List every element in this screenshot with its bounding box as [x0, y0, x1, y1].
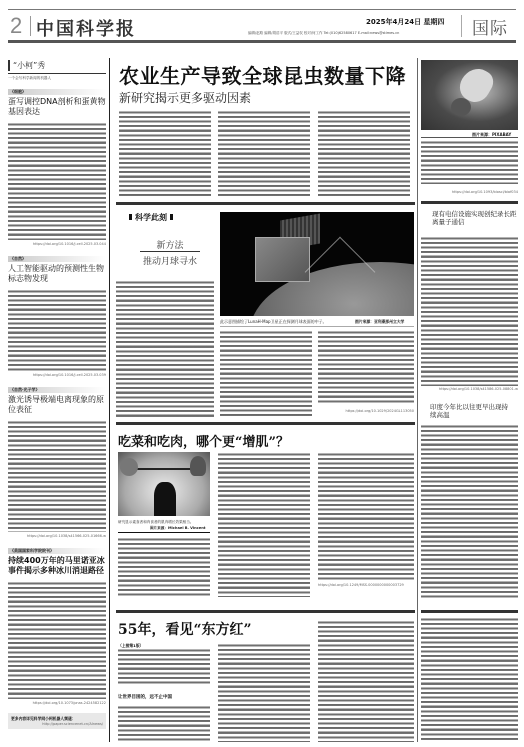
feature-title-line1: 新方法: [140, 238, 200, 251]
header-top-rule: [8, 9, 516, 10]
section-rule: [116, 422, 415, 425]
column-header: “小柯”秀: [8, 60, 106, 71]
muscle-body-col3: [318, 452, 414, 580]
brief-tag: 《自然》: [8, 256, 106, 262]
page-number: 2: [10, 15, 22, 37]
brief-body: [8, 420, 106, 532]
lead-body-col4: [421, 140, 518, 184]
header-bottom-rule: [8, 40, 516, 43]
muscle-image-caption: 研究显示素食者和肉食者的肌肉增长效果相当。: [118, 520, 210, 525]
lead-body-col3: [318, 110, 410, 196]
muscle-headline: 吃菜和吃肉，哪个更“增肌”？: [118, 431, 289, 450]
feature-body-col3: [318, 330, 414, 404]
brief-link[interactable]: https://doi.org/10.1073/pnas.2424582122: [8, 701, 106, 705]
lead-body-col2: [218, 110, 310, 196]
feature-title-rule: [140, 251, 200, 252]
muscle-link[interactable]: https://doi.org/10.1249/MSS.000000000000…: [318, 583, 414, 587]
brief-item: 《自然·光子学》 激光诱导极端电离现象的原位表征 https://doi.org…: [8, 387, 106, 538]
feature-title-line2: 推动月球寻水: [133, 254, 207, 267]
dfh-headline: 55年，看见“东方红”: [118, 619, 252, 639]
section-label: 国际: [472, 14, 508, 39]
feature-image-caption: 此示意图描绘了LunaH-Map卫星正在探测月球表面的中子。: [220, 319, 350, 325]
muscle-body-col1: [118, 537, 210, 597]
bracket-right-icon: [170, 214, 173, 220]
caption-rule: [118, 532, 210, 533]
sidebar-story-1-body: [421, 236, 518, 386]
weightlifter-image: [118, 452, 210, 516]
section-divider: [461, 15, 462, 37]
brief-title: 激光诱导极端电离现象的原位表征: [8, 395, 106, 414]
brief-link[interactable]: https://doi.org/10.1038/s41566-025-01666…: [8, 534, 106, 538]
brief-item: 《自然》 人工智能驱动的预测性生物标志物发现 https://doi.org/1…: [8, 256, 106, 377]
bracket-left-icon: [129, 214, 132, 220]
feature-photo-credit: 图片来源：亚利桑那州立大学: [355, 319, 404, 325]
satellite-body: [255, 237, 310, 282]
caption-rule: [220, 326, 414, 327]
sidebar-story-2-title: 印度今年比以往更早出现持续高温: [430, 403, 510, 419]
feature-body-col1: [116, 280, 214, 418]
butterfly-photo: [421, 60, 518, 130]
feature-link[interactable]: https://doi.org/10.1029/2024GL113050: [318, 409, 414, 413]
brief-tag: 《自然·光子学》: [8, 387, 106, 393]
brief-tag: 《细胞》: [8, 89, 106, 95]
sidebar-story-1-title: 现有电信设施实现创纪录长距离量子通信: [432, 210, 518, 226]
masthead: 中国科学报: [36, 15, 136, 41]
feature-body-col2: [220, 330, 312, 418]
brief-body: [8, 289, 106, 371]
muscle-body-col2: [218, 452, 310, 597]
section-rule: [116, 202, 415, 205]
brief-link[interactable]: https://doi.org/10.1016/j.cell.2025.03.0…: [8, 242, 106, 246]
dfh-body-col2: [218, 643, 310, 742]
section-rule: [116, 610, 415, 613]
xiaoke-column: “小柯”秀 一个会写科学新闻的机器人 《细胞》 蛋写调控DNA剖析和蛋黄物基因表…: [8, 60, 106, 729]
photo-rule: [421, 137, 518, 138]
editor-credits: 编辑/赵路 编辑/胡浩平 版式/王益权 校对/何工作 Tel:(010)6258…: [248, 31, 399, 36]
lead-headline: 农业生产导致全球昆虫数量下降: [119, 60, 406, 89]
brief-body: [8, 581, 106, 699]
footer-link[interactable]: http://paper.sciencenet.cn/AInews/: [11, 722, 103, 726]
lead-link[interactable]: https://doi.org/10.1093/biosci/biaf034: [421, 190, 518, 194]
sidebar-story-1-link[interactable]: https://doi.org/10.1038/s41586-025-08801…: [421, 387, 518, 391]
dfh-body-col1a: [118, 648, 210, 686]
brief-tag: 《美国国家科学院院刊》: [8, 548, 106, 554]
issue-date: 2025年4月24日 星期四: [366, 17, 445, 27]
brief-body: [8, 122, 106, 240]
brief-title: 持续400万年的马里诺亚冰事件揭示多种冰川消退路径: [8, 556, 106, 575]
brief-link[interactable]: https://doi.org/10.1016/j.cell.2025.03.0…: [8, 373, 106, 377]
muscle-photo-credit: 图片来源：Michael B. Vincent: [150, 526, 206, 531]
brief-item: 《细胞》 蛋写调控DNA剖析和蛋黄物基因表达 https://doi.org/1…: [8, 89, 106, 246]
lunar-orbiter-image: [220, 212, 414, 316]
dfh-body-col3: [318, 620, 414, 742]
burger: [120, 458, 138, 476]
brief-title: 蛋写调控DNA剖析和蛋黄物基因表达: [8, 97, 106, 116]
column-subtitle: 一个会写科学新闻的机器人: [8, 76, 106, 81]
silhouette: [154, 482, 176, 516]
lead-subheadline: 新研究揭示更多驱动因素: [119, 89, 251, 106]
header-divider: [30, 16, 31, 36]
footer-note-box: 更多内容详见科学网小柯机器人频道： http://paper.sciencene…: [8, 713, 106, 729]
right-column-divider: [417, 58, 418, 742]
column-divider: [109, 58, 110, 742]
flower: [451, 98, 471, 116]
dfh-continuation: [421, 617, 518, 742]
sidebar-story-2-body: [421, 424, 518, 599]
brief-item: 《美国国家科学院院刊》 持续400万年的马里诺亚冰事件揭示多种冰川消退路径 ht…: [8, 548, 106, 705]
brief-title: 人工智能驱动的预测性生物标志物发现: [8, 264, 106, 283]
feature-column-label: 科学此刻: [129, 212, 173, 223]
feature-column-text: 科学此刻: [135, 213, 167, 222]
lead-body-col1: [119, 110, 211, 196]
dfh-body-col1b: [118, 705, 210, 742]
right-bottom-rule: [421, 610, 518, 613]
right-section-rule: [421, 201, 518, 204]
broccoli: [190, 456, 206, 476]
dfh-subhead: 让世界目困的，远不止中国: [118, 694, 172, 700]
